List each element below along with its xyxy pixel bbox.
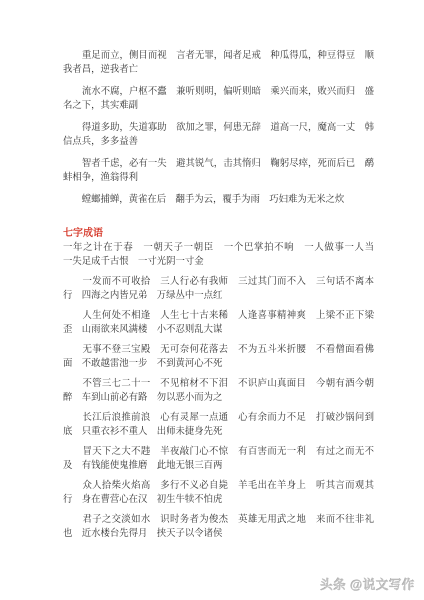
idiom-paragraph: 君子之交淡如水 识时务者为俊杰 英雄无用武之地 来而不往非礼也 近水楼台先得月 … (63, 513, 374, 541)
idiom-line: 也 近水楼台先得月 挟天子以令诸侯 (63, 527, 374, 541)
watermark: 头条 @说文写作 (320, 578, 415, 593)
idiom-line: 一失足成千古恨 一寸光阴一寸金 (63, 255, 374, 269)
idiom-line: 行 身在曹营心在汉 初生牛犊不怕虎 (63, 493, 374, 507)
idiom-line: 行 四海之内皆兄弟 万绿丛中一点红 (63, 289, 374, 303)
idiom-section: 重足而立，侧目而视 言者无罪，闻者足戒 种瓜得瓜，种豆得豆 顺我者昌，逆我者亡 … (63, 49, 374, 207)
idiom-paragraph: 人生何处不相逢 人生七十古来稀 人逢喜事精神爽 上梁不正下梁歪 山雨欲来风满楼 … (63, 309, 374, 337)
idiom-paragraph: 流水不腐，户枢不蠹 兼听则明，偏听则暗 乘兴而来，败兴而归 盛名之下，其实难副 (63, 85, 374, 113)
idiom-line: 一发而不可收拾 三人行必有我师 三过其门而不入 三句话不离本 (63, 275, 374, 289)
idiom-line: 人生何处不相逢 人生七十古来稀 人逢喜事精神爽 上梁不正下梁 (63, 309, 374, 323)
idiom-paragraph: 螳螂捕蝉，黄雀在后 翻手为云，覆手为雨 巧妇难为无米之炊 (63, 193, 374, 207)
idiom-paragraph: 长江后浪推前浪 心有灵犀一点通 心有余而力不足 打破沙锅问到底 只重衣衫不重人 … (63, 411, 374, 439)
idiom-line: 得道多助，失道寡助 欲加之罪，何患无辞 道高一尺，魔高一丈 韩 (63, 121, 374, 135)
idiom-line: 长江后浪推前浪 心有灵犀一点通 心有余而力不足 打破沙锅问到 (63, 411, 374, 425)
idiom-paragraph: 冒天下之大不韪 半夜敲门心不惊 有百害而无一利 有过之而无不及 有钱能使鬼推磨 … (63, 445, 374, 473)
idiom-line: 不管三七二十一 不见棺材不下泪 不识庐山真面目 今朝有酒今朝 (63, 377, 374, 391)
idiom-line: 及 有钱能使鬼推磨 此地无银三百两 (63, 459, 374, 473)
idiom-line: 蚌相争，渔翁得利 (63, 171, 374, 185)
idiom-line: 无事不登三宝殿 无可奈何花落去 不为五斗米折腰 不看僧面看佛 (63, 343, 374, 357)
idiom-line: 底 只重衣衫不重人 出师未捷身先死 (63, 425, 374, 439)
idiom-line: 面 不敢越雷池一步 不到黄河心不死 (63, 357, 374, 371)
idiom-paragraph: 不管三七二十一 不见棺材不下泪 不识庐山真面目 今朝有酒今朝醉 车到山前必有路 … (63, 377, 374, 405)
idiom-line: 歪 山雨欲来风满楼 小不忍则乱大谋 (63, 323, 374, 337)
idiom-line: 名之下，其实难副 (63, 99, 374, 113)
idiom-line: 流水不腐，户枢不蠹 兼听则明，偏听则暗 乘兴而来，败兴而归 盛 (63, 85, 374, 99)
idiom-paragraph: 得道多助，失道寡助 欲加之罪，何患无辞 道高一尺，魔高一丈 韩信点兵，多多益善 (63, 121, 374, 149)
idiom-line: 众人拾柴火焰高 多行不义必自毙 羊毛出在羊身上 听其言而观其 (63, 479, 374, 493)
idiom-line: 我者昌，逆我者亡 (63, 63, 374, 77)
idiom-paragraph: 智者千虑，必有一失 避其锐气，击其惰归 鞠躬尽瘁，死而后已 鹬蚌相争，渔翁得利 (63, 157, 374, 185)
idiom-line: 一年之计在于春 一朝天子一朝臣 一个巴掌拍不响 一人做事一人当 (63, 241, 374, 255)
idiom-paragraph: 一年之计在于春 一朝天子一朝臣 一个巴掌拍不响 一人做事一人当一失足成千古恨 一… (63, 241, 374, 269)
idiom-line: 醉 车到山前必有路 勿以恶小而为之 (63, 391, 374, 405)
idiom-paragraph: 众人拾柴火焰高 多行不义必自毙 羊毛出在羊身上 听其言而观其行 身在曹营心在汉 … (63, 479, 374, 507)
document-body: 重足而立，侧目而视 言者无罪，闻者足戒 种瓜得瓜，种豆得豆 顺我者昌，逆我者亡 … (63, 49, 374, 547)
idiom-line: 智者千虑，必有一失 避其锐气，击其惰归 鞠躬尽瘁，死而后已 鹬 (63, 157, 374, 171)
idiom-section: 七字成语一年之计在于春 一朝天子一朝臣 一个巴掌拍不响 一人做事一人当一失足成千… (63, 227, 374, 541)
idiom-paragraph: 重足而立，侧目而视 言者无罪，闻者足戒 种瓜得瓜，种豆得豆 顺我者昌，逆我者亡 (63, 49, 374, 77)
idiom-line: 君子之交淡如水 识时务者为俊杰 英雄无用武之地 来而不往非礼 (63, 513, 374, 527)
section-heading: 七字成语 (63, 227, 374, 241)
idiom-line: 冒天下之大不韪 半夜敲门心不惊 有百害而无一利 有过之而无不 (63, 445, 374, 459)
idiom-paragraph: 无事不登三宝殿 无可奈何花落去 不为五斗米折腰 不看僧面看佛面 不敢越雷池一步 … (63, 343, 374, 371)
idiom-line: 信点兵，多多益善 (63, 135, 374, 149)
idiom-line: 螳螂捕蝉，黄雀在后 翻手为云，覆手为雨 巧妇难为无米之炊 (63, 193, 374, 207)
idiom-line: 重足而立，侧目而视 言者无罪，闻者足戒 种瓜得瓜，种豆得豆 顺 (63, 49, 374, 63)
idiom-paragraph: 一发而不可收拾 三人行必有我师 三过其门而不入 三句话不离本行 四海之内皆兄弟 … (63, 275, 374, 303)
